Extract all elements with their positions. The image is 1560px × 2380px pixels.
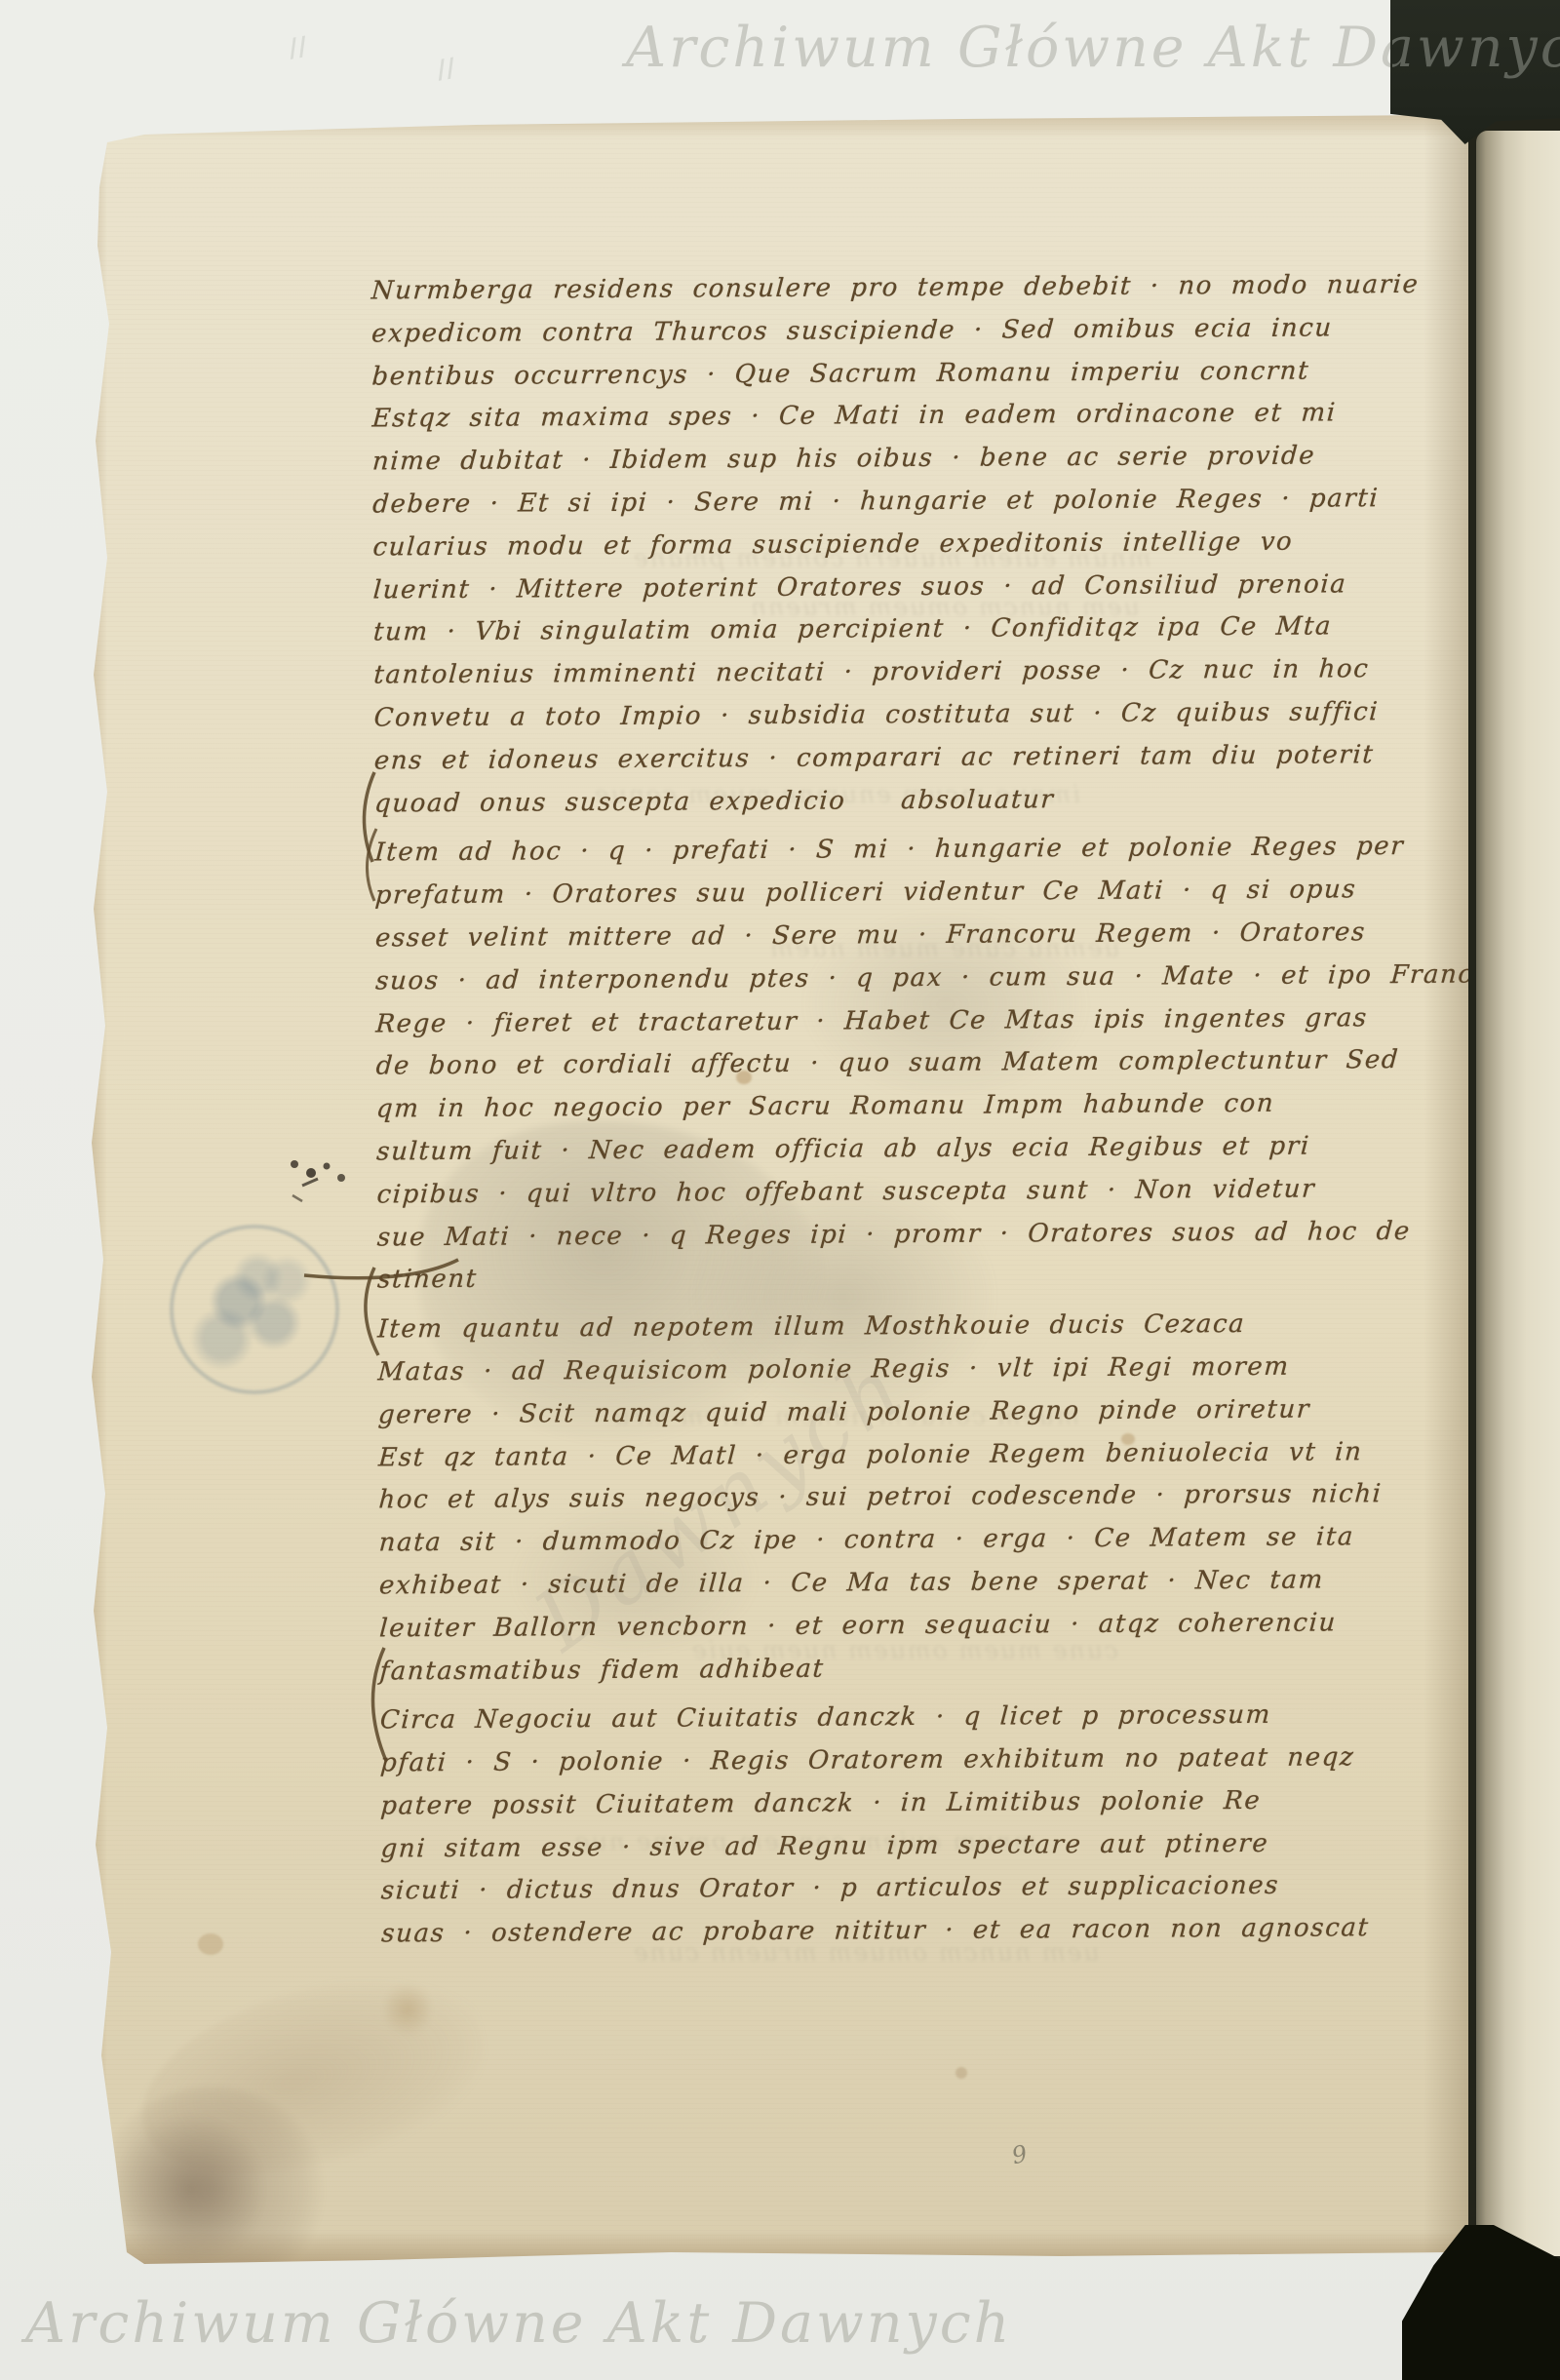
manuscript-line: suas · ostendere ac probare nititur · et… — [380, 1907, 1481, 1957]
manuscript-line: qm in hoc negocio per Sacru Romanu Impm … — [375, 1082, 1476, 1132]
manuscript-line: cularius modu et forma suscipiende exped… — [371, 520, 1472, 569]
manuscript-paragraph: Nurmberga residens consulere pro tempe d… — [371, 264, 1472, 826]
manuscript-scan: ∕∕ ∕∕ mnum euiem muuern conuem pmaneuem … — [0, 0, 1560, 2380]
manuscript-line: gni sitam esse · sive ad Regnu ipm spect… — [379, 1821, 1480, 1871]
manuscript-line: debere · Et si ipi · Sere mi · hungarie … — [371, 478, 1472, 527]
manuscript-line: Est qz tanta · Ce Matl · erga polonie Re… — [377, 1430, 1478, 1480]
manuscript-line: Estqz sita maxima spes · Ce Mati in eade… — [370, 392, 1471, 442]
manuscript-line: fantasmatibus fidem adhibeat — [378, 1644, 1479, 1694]
manuscript-line: tum · Vbi singulatim omia percipient · C… — [372, 605, 1473, 655]
manuscript-line: Circa Negociu aut Ciuitatis danczk · q l… — [378, 1694, 1479, 1743]
manuscript-line: gerere · Scit namqz quid mali polonie Re… — [377, 1387, 1478, 1437]
manuscript-line: pfati · S · polonie · Regis Oratorem exh… — [379, 1736, 1480, 1786]
manuscript-line: stinent — [376, 1253, 1477, 1303]
manuscript-line: ens et idoneus exercitus · comparari ac … — [372, 733, 1473, 783]
manuscript-line: nata sit · dummodo Cz ipe · contra · erg… — [377, 1516, 1478, 1566]
manuscript-line: Matas · ad Requisicom polonie Regis · vl… — [376, 1345, 1477, 1394]
manuscript-line: sultum fuit · Nec eadem officia ab alys … — [375, 1124, 1476, 1174]
manuscript-line: expedicom contra Thurcos suscipiende · S… — [370, 306, 1471, 356]
manuscript-paragraph: Item quantu ad nepotem illum Mosthkouie … — [377, 1303, 1477, 1694]
manuscript-paragraph: Item ad hoc · q · prefati · S mi · hunga… — [374, 826, 1475, 1303]
manuscript-line: prefatum · Oratores suu polliceri vident… — [373, 869, 1474, 918]
scratch-mark: ∕∕ — [435, 54, 458, 86]
manuscript-line: patere possit Ciuitatem danczk · in Limi… — [379, 1778, 1480, 1828]
manuscript-page: mnum euiem muuern conuem pmaneuem nuncm … — [86, 109, 1468, 2264]
manuscript-line: suos · ad interponendu ptes · q pax · cu… — [374, 954, 1475, 1003]
manuscript-line: bentibus occurrencys · Que Sacrum Romanu… — [370, 349, 1471, 399]
manuscript-line: luerint · Mittere poterint Oratores suos… — [371, 563, 1472, 612]
manuscript-line: nime dubitat · Ibidem sup his oibus · be… — [371, 435, 1472, 485]
manuscript-paragraph: Circa Negociu aut Ciuitatis danczk · q l… — [380, 1694, 1480, 1957]
manuscript-line: esset velint mittere ad · Sere mu · Fran… — [374, 912, 1475, 961]
manuscript-text: Nurmberga residens consulere pro tempe d… — [371, 264, 1480, 1957]
manuscript-line: Nurmberga residens consulere pro tempe d… — [370, 264, 1470, 314]
scratch-mark: ∕∕ — [287, 32, 310, 64]
manuscript-line: Item ad hoc · q · prefati · S mi · hunga… — [373, 826, 1474, 876]
manuscript-line: Rege · fieret et tractaretur · Habet Ce … — [374, 996, 1475, 1046]
manuscript-line: Convetu a toto Impio · subsidia costitut… — [372, 691, 1473, 741]
manuscript-line: exhibeat · sicuti de illa · Ce Ma tas be… — [378, 1558, 1479, 1608]
manuscript-line: cipibus · qui vltro hoc offebant suscept… — [375, 1167, 1476, 1217]
manuscript-line: tantolenius imminenti necitati · provide… — [372, 648, 1473, 698]
manuscript-line: sue Mati · nece · q Reges ipi · promr · … — [375, 1210, 1476, 1260]
manuscript-line: quoad onus suscepta expedicio absoluatur — [373, 776, 1474, 826]
facing-page-edge — [1476, 131, 1560, 2256]
manuscript-line: sicuti · dictus dnus Orator · p articulo… — [379, 1864, 1480, 1914]
watermark-bottom: Archiwum Główne Akt Dawnych — [25, 2291, 1012, 2356]
manuscript-line: de bono et cordiali affectu · quo suam M… — [374, 1039, 1475, 1089]
manuscript-line: Item quantu ad nepotem illum Mosthkouie … — [376, 1303, 1477, 1352]
manuscript-line: hoc et alys suis negocys · sui petroi co… — [377, 1473, 1478, 1523]
manuscript-line: leuiter Ballorn vencborn · et eorn sequa… — [378, 1601, 1479, 1651]
